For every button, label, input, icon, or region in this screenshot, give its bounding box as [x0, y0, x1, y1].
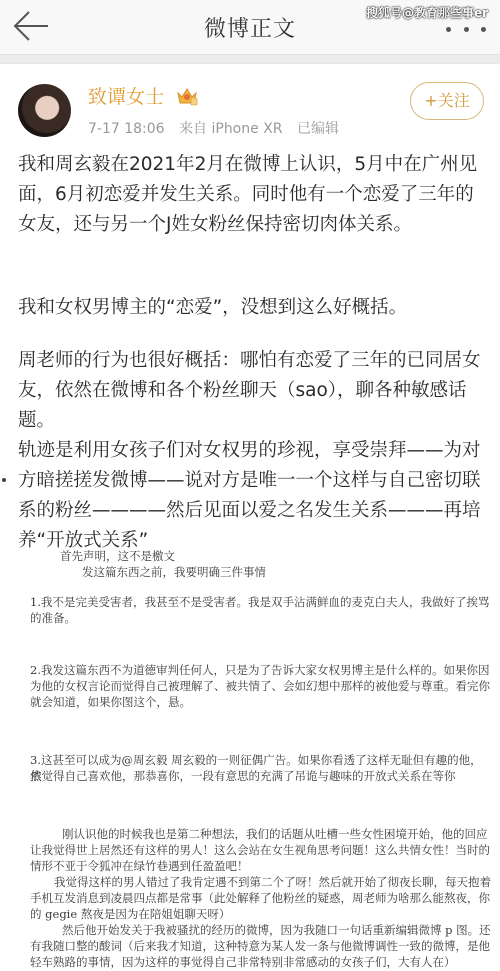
author-name[interactable]: 致谭女士: [88, 82, 164, 109]
paragraph-text: 周老师的行为也很好概括：哪怕有恋爱了三年的已同居女友，依然在微博和各个粉丝聊天（…: [18, 346, 483, 436]
image-line: 的准备。: [30, 610, 490, 626]
post-edited: 已编辑: [297, 121, 339, 137]
more-button[interactable]: [446, 22, 486, 36]
image-line: 1.我不是完美受害者，我甚至不是受害者。我是双手沾满鲜血的麦克白夫人，我做好了挨…: [30, 594, 490, 610]
image-line: 的 gegie 熬夜是因为在陪姐姐聊天呀）: [30, 906, 490, 922]
paragraph-text: 我和周玄毅在2021年2月在微博上认识，5月中在广州见面，6月初恋爱并发生关系。…: [18, 150, 483, 240]
header-separator: [0, 54, 500, 64]
more-dots-icon: [464, 27, 469, 32]
post-meta: 7-17 18:06 来自 iPhone XR 已编辑: [88, 118, 349, 138]
paragraph-text: 我和女权男博主的“恋爱”，没想到这么好概括。: [18, 293, 483, 323]
image-line: 然后他开始发关于我被骚扰的经历的微博，因为我随口一句话重新编辑微博 p 图。还: [62, 922, 500, 938]
avatar[interactable]: [18, 84, 71, 137]
image-line: 就会知道，如果你图这个，悬。: [30, 694, 490, 710]
image-line: 2.我发这篇东西不为道德审判任何人，只是为了告诉大家女权男博主是什么样的。如果你…: [30, 662, 490, 678]
image-line: 为他的女权言论而觉得自己被理解了、被共情了、会如幻想中那样的被他爱与尊重。看完你: [30, 678, 490, 694]
image-line: 刚认识他的时候我也是第二种想法，我们的话题从吐槽一些女性困境开始，他的回应: [62, 826, 500, 842]
watermark: 搜狐号@教育那些事er: [366, 4, 488, 21]
crown-badge-icon: [176, 86, 198, 106]
image-line: 手机互发消息到凌晨四点都是常事（此处解释了他粉丝的疑惑，周老师为啥那么能熬夜，你: [30, 890, 490, 906]
image-line: 我觉得这样的男人错过了我肯定遇不到第二个了呀！然后就开始了彻夜长聊，每天抱着: [54, 874, 500, 890]
image-line: 有我随口整的酸词（后来我才知道，这种特意为某人发一条与他微博调性一致的微博，是他: [30, 938, 490, 954]
post-paragraph: 我和女权男博主的“恋爱”，没想到这么好概括。: [18, 293, 483, 323]
image-line: 首先声明，这不是檄文: [60, 548, 500, 564]
post-paragraph: 周老师的行为也很好概括：哪怕有恋爱了三年的已同居女友，依然在微博和各个粉丝聊天（…: [18, 346, 483, 556]
post-paragraph: 我和周玄毅在2021年2月在微博上认识，5月中在广州见面，6月初恋爱并发生关系。…: [18, 150, 483, 240]
paragraph-text: 轨迹是利用女孩子们对女权男的珍视，享受崇拜——为对方暗搓搓发微博——说对方是唯一…: [18, 436, 483, 556]
more-dots-icon: [446, 27, 451, 32]
top-nav-bar: 微博正文 搜狐号@教育那些事er: [0, 0, 500, 54]
image-line: 发这篇东西之前，我要明确三件事情: [82, 564, 500, 580]
embedded-text-image[interactable]: 首先声明，这不是檄文 发这篇东西之前，我要明确三件事情 1.我不是完美受害者，我…: [20, 548, 480, 971]
follow-button[interactable]: +关注: [410, 82, 484, 120]
post-source: 来自 iPhone XR: [179, 121, 282, 137]
more-dots-icon: [481, 27, 486, 32]
image-line: 轻车熟路的事情，因为这样的事觉得自己非常特别非常感动的女孩子们，大有人在）: [30, 954, 490, 970]
image-line: 然觉得自己喜欢他，那恭喜你，一段有意思的充满了吊诡与趣味的开放式关系在等你: [30, 768, 490, 784]
edge-dot: [2, 478, 6, 482]
post-date: 7-17 18:06: [88, 121, 165, 137]
image-line: 让我觉得世上居然还有这样的男人！这么会站在女生视角思考问题！这么共情女性！当时的: [30, 842, 490, 858]
image-line: 情形不亚于令狐冲在绿竹巷遇到任盈盈吧！: [30, 858, 490, 874]
author-row: 致谭女士 7-17 18:06 来自 iPhone XR 已编辑 +关注: [0, 64, 500, 144]
